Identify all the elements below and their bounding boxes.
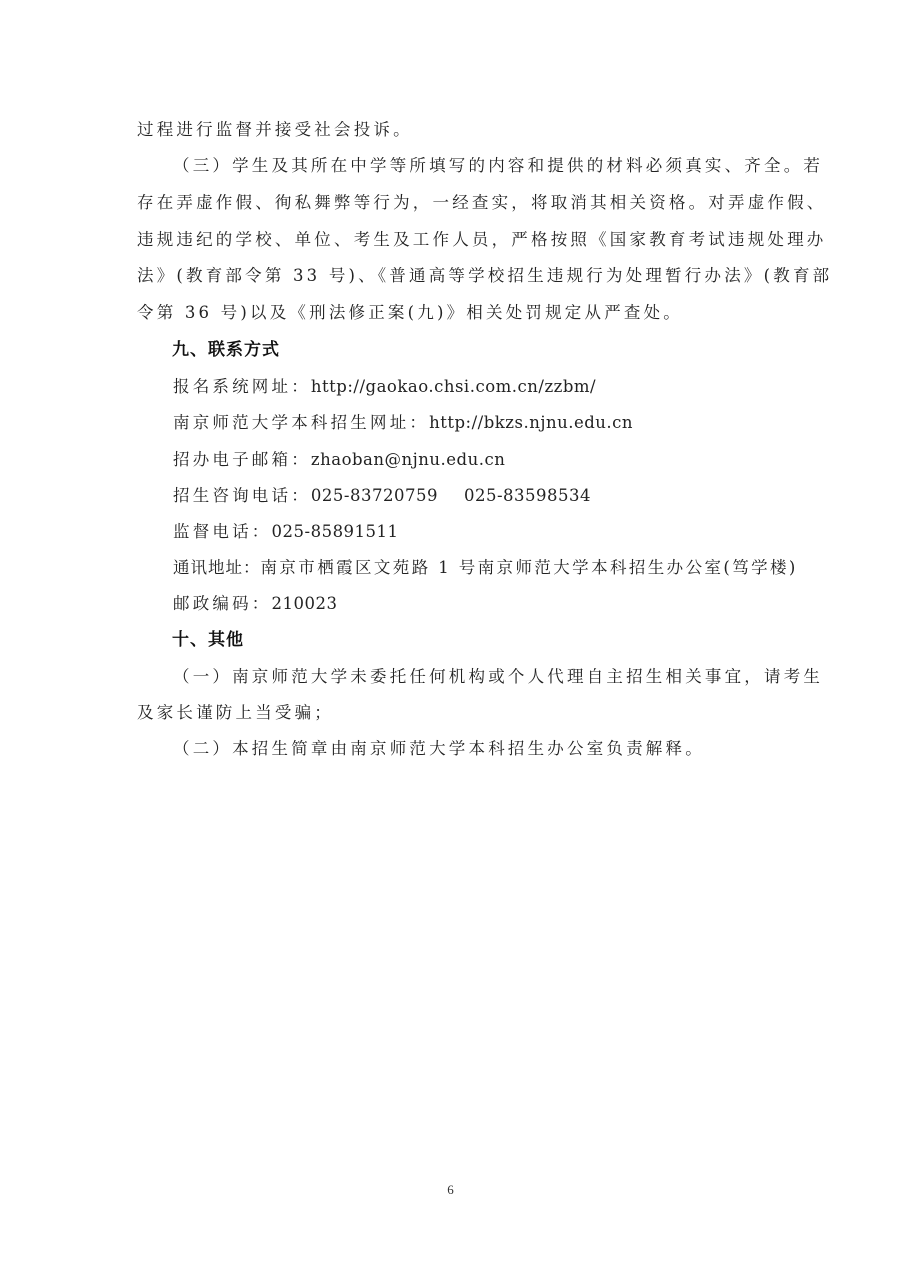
contact-label: 报名系统网址： bbox=[173, 377, 311, 396]
registration-url-link[interactable]: http://gaokao.chsi.com.cn/zzbm/ bbox=[311, 377, 596, 396]
contact-supervision-phone: 监督电话：025-85891511 bbox=[173, 521, 399, 543]
contact-email: 招办电子邮箱：zhaoban@njnu.edu.cn bbox=[173, 449, 505, 471]
section-10-item-1-line-2: 及家长谨防上当受骗； bbox=[137, 702, 767, 724]
paragraph-3-line-1: （三）学生及其所在中学等所填写的内容和提供的材料必须真实、齐全。若 bbox=[173, 155, 763, 177]
email-link[interactable]: zhaoban@njnu.edu.cn bbox=[311, 450, 505, 469]
consult-phone-1: 025-83720759 bbox=[311, 486, 438, 505]
contact-label: 通讯地址： bbox=[173, 558, 261, 577]
address: 南京市栖霞区文苑路 1 号南京师范大学本科招生办公室(笃学楼) bbox=[261, 558, 798, 577]
contact-admission-url: 南京师范大学本科招生网址：http://bkzs.njnu.edu.cn bbox=[173, 412, 633, 434]
document-page: 过程进行监督并接受社会投诉。 （三）学生及其所在中学等所填写的内容和提供的材料必… bbox=[0, 0, 901, 1275]
contact-registration-url: 报名系统网址：http://gaokao.chsi.com.cn/zzbm/ bbox=[173, 376, 596, 398]
contact-address: 通讯地址：南京市栖霞区文苑路 1 号南京师范大学本科招生办公室(笃学楼) bbox=[173, 557, 798, 579]
contact-label: 监督电话： bbox=[173, 522, 272, 541]
contact-label: 邮政编码： bbox=[173, 594, 272, 613]
section-10-item-1-line-1: （一）南京师范大学未委托任何机构或个人代理自主招生相关事宜，请考生 bbox=[173, 666, 763, 688]
page-number: 6 bbox=[0, 1182, 901, 1198]
paragraph-3-line-3: 违规违纪的学校、单位、考生及工作人员，严格按照《国家教育考试违规处理办 bbox=[137, 229, 767, 251]
consult-phone-2: 025-83598534 bbox=[464, 486, 591, 505]
section-9-heading: 九、联系方式 bbox=[172, 339, 280, 361]
paragraph-3-line-2: 存在弄虚作假、徇私舞弊等行为，一经查实，将取消其相关资格。对弄虚作假、 bbox=[137, 192, 767, 214]
paragraph-3-line-5: 令第 36 号)以及《刑法修正案(九)》相关处罚规定从严查处。 bbox=[137, 302, 767, 324]
contact-label: 招生咨询电话： bbox=[173, 486, 311, 505]
section-10-item-2-line-1: （二）本招生简章由南京师范大学本科招生办公室负责解释。 bbox=[173, 738, 803, 760]
contact-label: 南京师范大学本科招生网址： bbox=[173, 413, 429, 432]
paragraph-3-line-4: 法》(教育部令第 33 号)、《普通高等学校招生违规行为处理暂行办法》(教育部 bbox=[137, 265, 767, 287]
postcode: 210023 bbox=[272, 594, 338, 613]
contact-postcode: 邮政编码：210023 bbox=[173, 593, 338, 615]
contact-consult-phone: 招生咨询电话：025-83720759025-83598534 bbox=[173, 485, 591, 507]
continuation-line: 过程进行监督并接受社会投诉。 bbox=[137, 119, 767, 141]
admission-url-link[interactable]: http://bkzs.njnu.edu.cn bbox=[429, 413, 633, 432]
contact-label: 招办电子邮箱： bbox=[173, 450, 311, 469]
section-10-heading: 十、其他 bbox=[172, 629, 244, 651]
supervision-phone: 025-85891511 bbox=[272, 522, 399, 541]
